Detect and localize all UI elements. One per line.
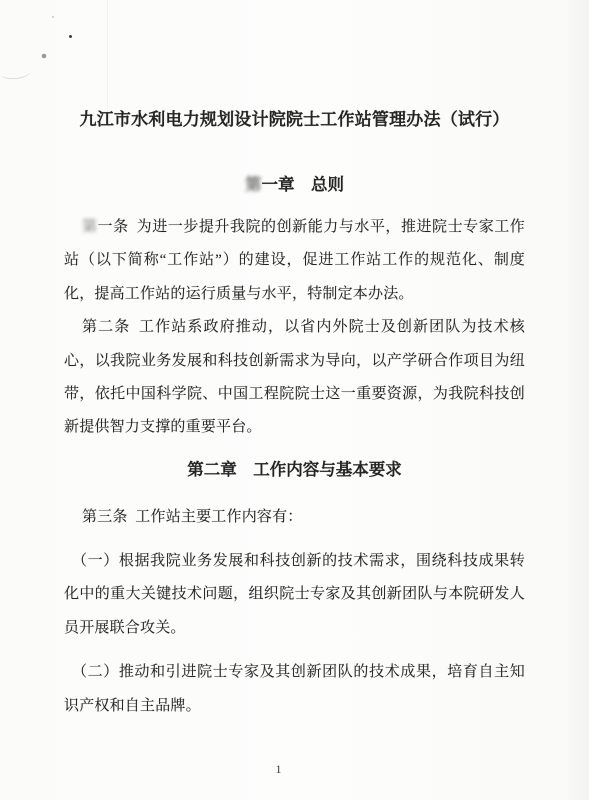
article-2-paragraph: 第二条 工作站系政府推动，以省内外院士及创新团队为技术核心，以我院业务发展和科技… — [64, 311, 525, 445]
work-item-2-paragraph: （二）推动和引进院士专家及其创新团队的技术成果，培育自主知识产权和自主品牌。 — [64, 656, 525, 723]
scanned-document-page: 九江市水利电力规划设计院院士工作站管理办法（试行） 第一章 总则 第一条 为进一… — [0, 0, 589, 800]
chapter-1-heading-text: 一章 总则 — [262, 175, 345, 194]
section-work-items: （一）根据我院业务发展和科技创新的技术需求，围绕科技成果转化中的重大关键技术问题… — [64, 545, 525, 723]
chapter-2-heading: 第二章 工作内容与基本要求 — [0, 458, 589, 482]
section-general-provisions: 第一条 为进一步提升我院的创新能力与水平，推进院士专家工作站（以下简称“工作站”… — [64, 211, 525, 445]
ink-speck — [69, 35, 72, 38]
smudged-character: 第 — [82, 219, 98, 235]
chapter-1-heading: 第一章 总则 — [0, 173, 589, 197]
article-1-text: 一条 为进一步提升我院的创新能力与水平，推进院士专家工作站（以下简称“工作站”）… — [64, 219, 525, 302]
document-title: 九江市水利电力规划设计院院士工作站管理办法（试行） — [0, 108, 589, 132]
smudged-character: 第 — [245, 175, 262, 194]
page-number: 1 — [0, 762, 573, 777]
scan-fold-line — [107, 0, 108, 115]
ink-speck — [42, 54, 46, 58]
work-item-1-paragraph: （一）根据我院业务发展和科技创新的技术需求，围绕科技成果转化中的重大关键技术问题… — [64, 545, 525, 645]
article-3-paragraph: 第三条 工作站主要工作内容有： — [64, 501, 525, 534]
ink-speck — [52, 16, 54, 18]
article-1-paragraph: 第一条 为进一步提升我院的创新能力与水平，推进院士专家工作站（以下简称“工作站”… — [64, 211, 525, 311]
pencil-mark — [0, 64, 31, 81]
